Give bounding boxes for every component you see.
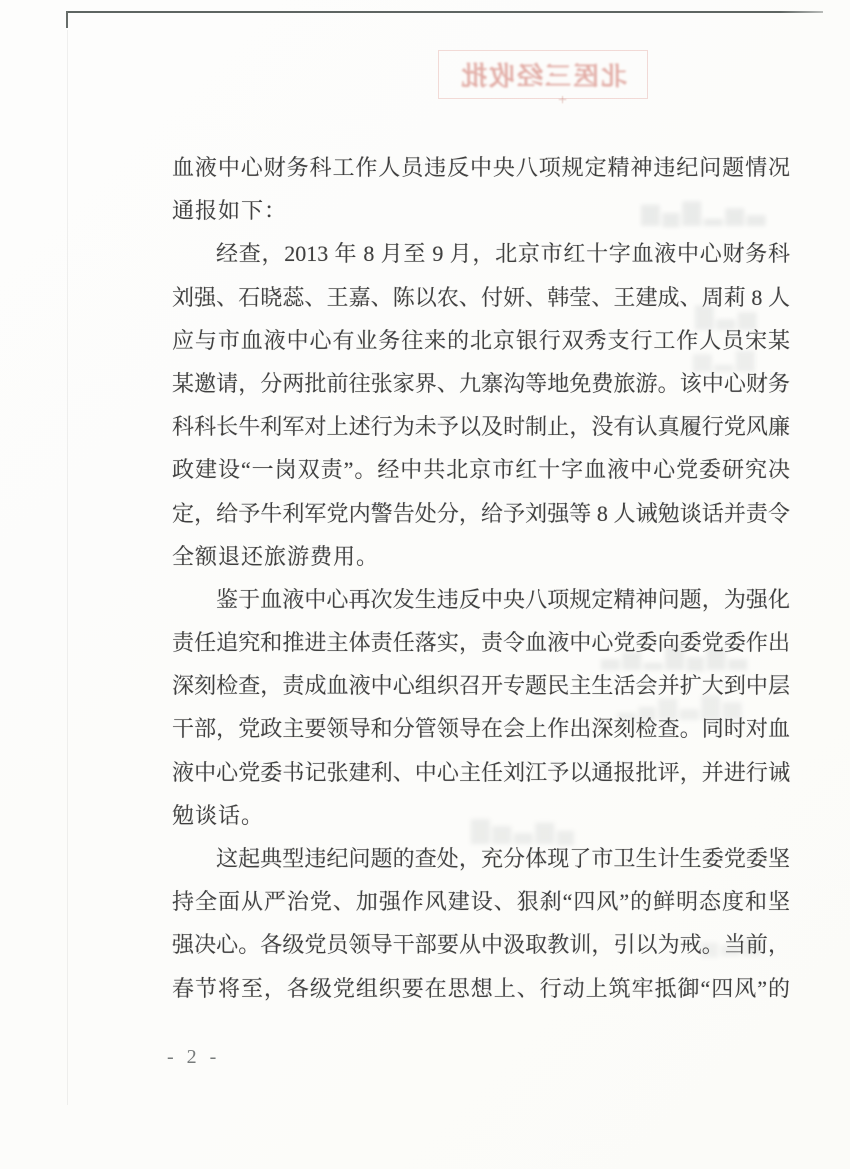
document-line: 这起典型违纪问题的查处，充分体现了市卫生计生委党委坚 <box>172 837 790 880</box>
scan-edge-top-fade <box>780 10 825 14</box>
stamp-bleedthrough: 北医三经收批 <box>438 50 648 99</box>
document-line: 液中心党委书记张建利、中心主任刘江予以通报批评，并进行诫 <box>172 751 790 794</box>
document-line: 刘强、石晓蕊、王嘉、陈以农、付妍、韩莹、王建成、周莉 8 人 <box>172 276 790 319</box>
scan-edge-top-line <box>66 11 823 13</box>
scanned-page: 北医三经收批 + ▃▅▂▇▄▆ ▅▃▇ ▆▂▅ ▃▆▄▇▂▅▃ ▅▇▃▆▄▂ ▄… <box>0 0 850 1169</box>
document-line: 责任追究和推进主体责任落实，责令血液中心党委向委党委作出 <box>172 621 790 664</box>
document-body: 血液中心财务科工作人员违反中央八项规定精神违纪问题情况 通报如下： 经查，201… <box>172 146 790 1010</box>
stamp-text: 北医三经收批 <box>459 56 627 93</box>
document-line: 定，给予牛利军党内警告处分，给予刘强等 8 人诫勉谈话并责令 <box>172 492 790 535</box>
document-line: 某邀请，分两批前往张家界、九寨沟等地免费旅游。该中心财务 <box>172 362 790 405</box>
document-line: 通报如下： <box>172 189 790 232</box>
stamp-tick-mark: + <box>558 92 567 110</box>
document-line: 持全面从严治党、加强作风建设、狠刹“四风”的鲜明态度和坚 <box>172 880 790 923</box>
scan-edge-left-line <box>67 30 68 1105</box>
scan-edge-corner-hook <box>66 11 68 28</box>
document-line: 血液中心财务科工作人员违反中央八项规定精神违纪问题情况 <box>172 146 790 189</box>
document-line: 政建设“一岗双责”。经中共北京市红十字血液中心党委研究决 <box>172 448 790 491</box>
document-line: 经查，2013 年 8 月至 9 月，北京市红十字血液中心财务科 <box>172 232 790 275</box>
document-line: 春节将至，各级党组织要在思想上、行动上筑牢抵御“四风”的 <box>172 967 790 1010</box>
document-line: 应与市血液中心有业务往来的北京银行双秀支行工作人员宋某 <box>172 319 790 362</box>
document-line: 全额退还旅游费用。 <box>172 535 790 578</box>
page-number: - 2 - <box>167 1046 220 1069</box>
document-line: 鉴于血液中心再次发生违反中央八项规定精神问题，为强化 <box>172 578 790 621</box>
document-line: 干部，党政主要领导和分管领导在会上作出深刻检查。同时对血 <box>172 707 790 750</box>
document-line: 深刻检查，责成血液中心组织召开专题民主生活会并扩大到中层 <box>172 664 790 707</box>
document-line: 强决心。各级党员领导干部要从中汲取教训，引以为戒。当前， <box>172 923 790 966</box>
document-line: 科科长牛利军对上述行为未予以及时制止，没有认真履行党风廉 <box>172 405 790 448</box>
document-line: 勉谈话。 <box>172 794 790 837</box>
